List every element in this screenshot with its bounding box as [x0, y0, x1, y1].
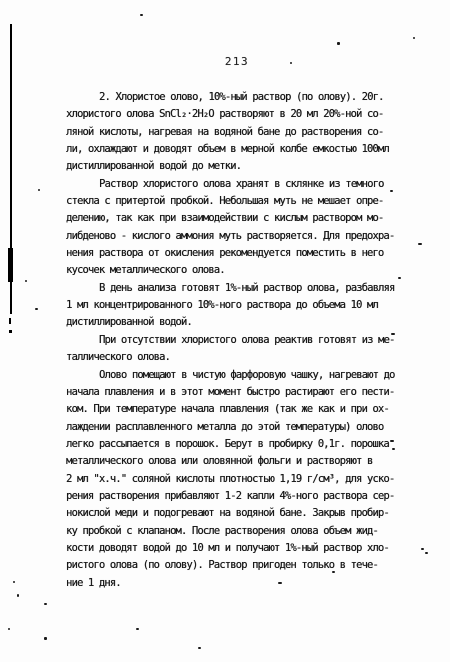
scan-speckle [38, 189, 40, 191]
text-line: Раствор хлористого олова хранят в склянк… [66, 176, 400, 193]
text-line: ку пробкой с клапаном. После растворения… [66, 523, 400, 540]
text-line: либденово - кислого аммония муть раствор… [66, 228, 400, 245]
text-line: Олово помещают в чистую фарфоровую чашку… [66, 367, 400, 384]
text-line: начала плавления и в этот момент быстро … [66, 384, 400, 401]
scan-speckle [17, 594, 19, 597]
text-line: кусочек металлического олова. [66, 262, 400, 279]
text-line: ние 1 дня. [66, 575, 400, 592]
scan-speckle [391, 333, 395, 335]
text-line: стекла с притертой пробкой. Небольшая му… [66, 193, 400, 210]
text-line: таллического олова. [66, 349, 400, 366]
scan-speckle [13, 581, 15, 583]
text-line: кости доводят водой до 10 мл и получают … [66, 540, 400, 557]
scan-speckle [390, 190, 393, 192]
text-line: нокислой меди и подогревают на водяной б… [66, 505, 400, 522]
text-line: лаждении расплавленного металла до этой … [66, 419, 400, 436]
scan-speckle [8, 628, 10, 630]
scan-speckle [44, 637, 47, 640]
text-line: При отсутствии хлористого олова реактив … [66, 332, 400, 349]
scan-speckle [413, 37, 415, 39]
text-line: ли, охлаждают и доводят объем в мерной к… [66, 141, 400, 158]
scan-speckle [332, 571, 335, 573]
scan-speckle [136, 628, 139, 630]
text-line: металлического олова или оловянной фольг… [66, 453, 400, 470]
text-line: 2 мл "х.ч." соляной кислоты плотностью 1… [66, 471, 400, 488]
text-line: хлористого олова SnCl₂·2H₂O растворяют в… [66, 106, 400, 123]
scan-speckle [278, 582, 282, 584]
scan-edge-line [10, 24, 12, 286]
scan-speckle [392, 448, 395, 450]
scan-speckle [25, 280, 27, 282]
text-line: ляной кислоты, нагревая на водяной бане … [66, 124, 400, 141]
text-line: ком. При температуре начала плавления (т… [66, 401, 400, 418]
scan-speckle [421, 548, 424, 550]
scanned-document-page: 213 2. Хлористое олово, 10%-ный раствор … [0, 0, 450, 662]
text-line: дистиллированной водой. [66, 314, 400, 331]
page-number: 213 [24, 55, 450, 68]
scan-speckle [198, 647, 201, 649]
scan-speckle [337, 42, 340, 45]
text-line: рения растворения прибавляют 1-2 капли 4… [66, 488, 400, 505]
text-line: легко рассыпается в порошок. Берут в про… [66, 436, 400, 453]
text-line: дистиллированной водой до метки. [66, 158, 400, 175]
scan-speckle [398, 277, 401, 279]
document-text-block: 2. Хлористое олово, 10%-ный раствор (по … [66, 89, 400, 592]
scan-edge-mark [9, 330, 12, 333]
scan-speckle [140, 14, 143, 16]
scan-speckle [35, 308, 38, 310]
scan-edge-mark [9, 318, 11, 324]
text-line: В день анализа готовят 1%-ный раствор ол… [66, 280, 400, 297]
text-line: 1 мл концентрированного 10%-ного раствор… [66, 297, 400, 314]
scan-speckle [290, 62, 292, 64]
text-line: делению, так как при взаимодействии с ки… [66, 210, 400, 227]
scan-speckle [390, 440, 394, 442]
scan-speckle [418, 243, 422, 245]
scan-speckle [425, 552, 428, 554]
scan-edge-line-tail [10, 286, 12, 314]
text-line: нения раствора от окисления рекомендуетс… [66, 245, 400, 262]
text-line: ристого олова (по олову). Раствор пригод… [66, 557, 400, 574]
text-line: 2. Хлористое олово, 10%-ный раствор (по … [66, 89, 400, 106]
scan-edge-blob [8, 248, 13, 282]
scan-speckle [44, 603, 47, 605]
